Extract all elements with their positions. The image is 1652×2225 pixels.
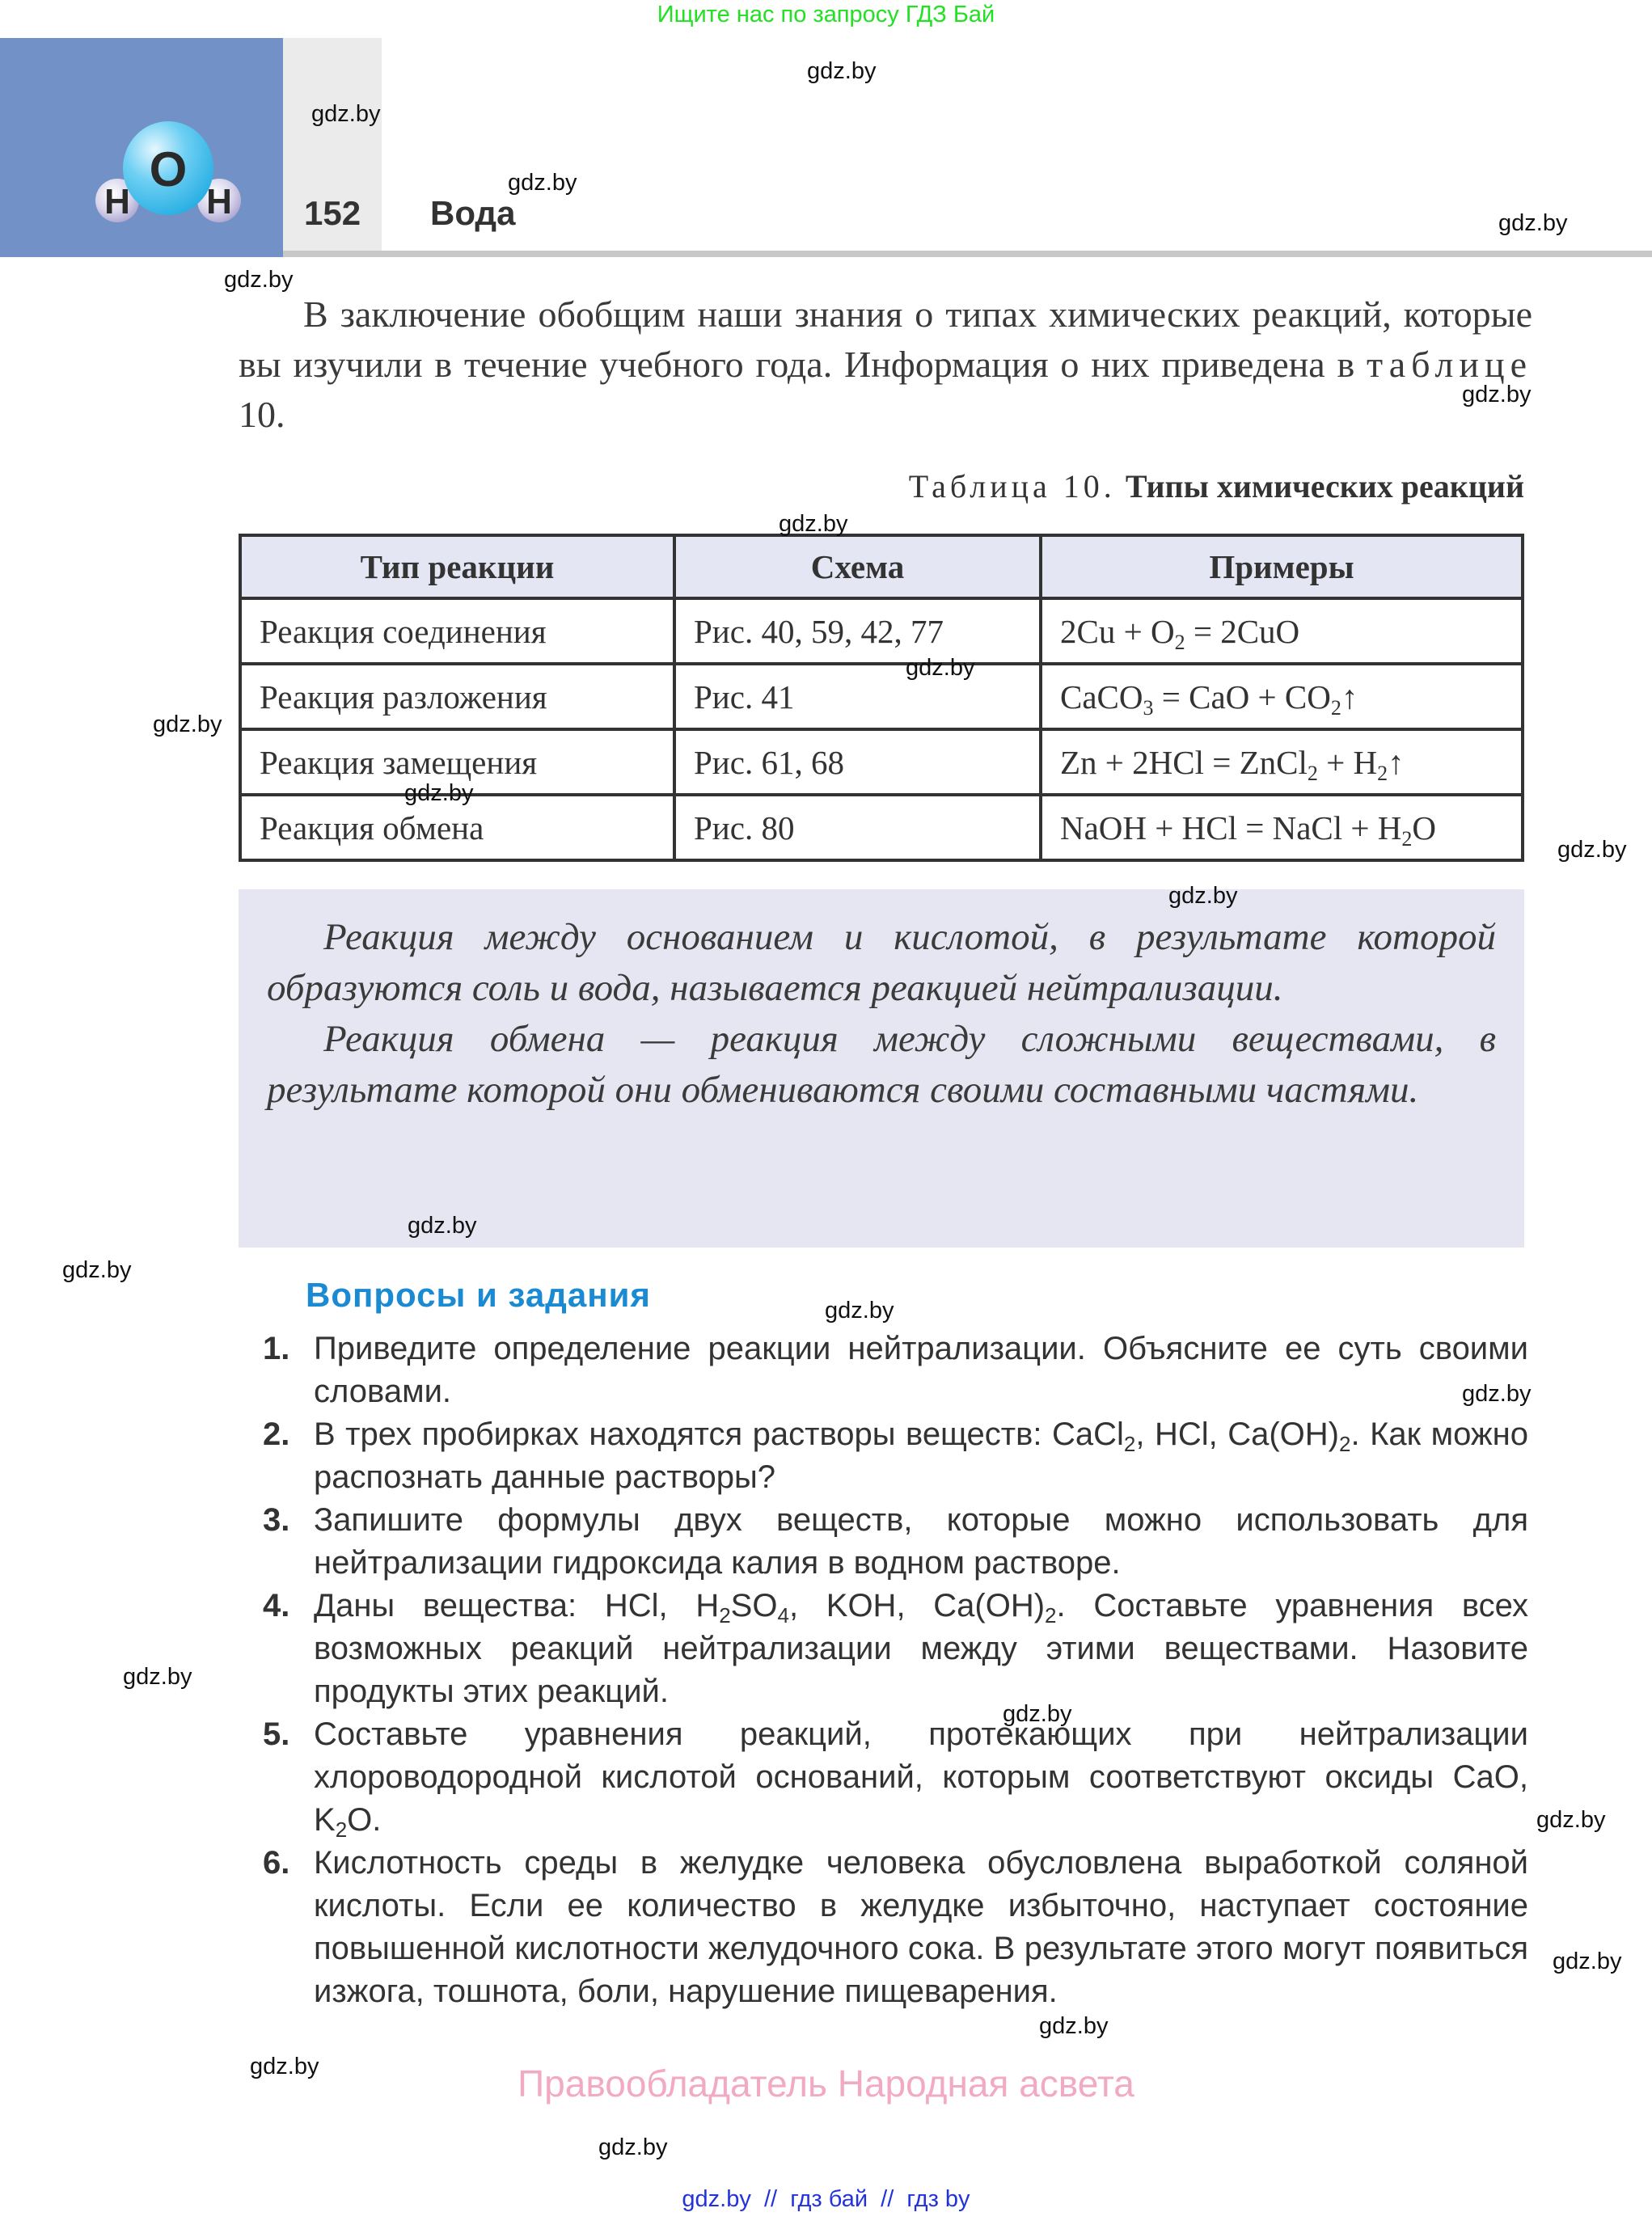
- question-item: 1.Приведите определение реакции нейтрали…: [263, 1328, 1528, 1413]
- column-header-scheme: Схема: [674, 535, 1041, 598]
- table-header-row: Тип реакции Схема Примеры: [240, 535, 1523, 598]
- intro-paragraph: В заключение обобщим наши знания о типах…: [239, 289, 1532, 440]
- copyright-notice: Правообладатель Народная асвета: [0, 2062, 1652, 2105]
- question-number: 5.: [263, 1713, 289, 1756]
- question-text: Кислотность среды в желудке человека обу…: [314, 1845, 1528, 2009]
- questions-list: 1.Приведите определение реакции нейтрали…: [263, 1328, 1528, 2013]
- scheme-cell: Рис. 61, 68: [674, 729, 1041, 795]
- watermark-text: gdz.by: [311, 101, 380, 128]
- question-item: 2.В трех пробирках находятся растворы ве…: [263, 1413, 1528, 1499]
- watermark-text: gdz.by: [1557, 837, 1626, 863]
- definition-text: Реакция между основанием и кислотой, в р…: [267, 912, 1496, 1116]
- intro-tail: 10.: [239, 394, 285, 435]
- intro-emphasis: таблице: [1367, 344, 1532, 385]
- watermark-text: gdz.by: [153, 711, 222, 738]
- page-number: 152: [304, 194, 361, 233]
- question-text: В трех пробирках находятся растворы веще…: [314, 1416, 1528, 1495]
- scheme-cell: Рис. 41: [674, 664, 1041, 729]
- scheme-cell: Рис. 80: [674, 795, 1041, 860]
- question-item: 4.Даны вещества: HCl, H2SO4, KOH, Ca(OH)…: [263, 1585, 1528, 1713]
- svg-text:O: O: [150, 142, 188, 196]
- question-text: Составьте уравнения реакций, протекающих…: [314, 1716, 1528, 1838]
- reaction-type-cell: Реакция соединения: [240, 598, 674, 664]
- watermark-text: gdz.by: [1039, 2013, 1108, 2040]
- scheme-cell: Рис. 40, 59, 42, 77: [674, 598, 1041, 664]
- question-number: 2.: [263, 1413, 289, 1456]
- watermark-text: gdz.by: [1498, 210, 1567, 237]
- table-row: Реакция разложенияРис. 41CaCO3 = CaO + C…: [240, 664, 1523, 729]
- question-number: 3.: [263, 1499, 289, 1542]
- watermark-text: gdz.by: [825, 1298, 894, 1324]
- watermark-text: gdz.by: [408, 1213, 476, 1239]
- question-text: Даны вещества: HCl, H2SO4, KOH, Ca(OH)2.…: [314, 1588, 1528, 1709]
- watermark-text: gdz.by: [598, 2134, 667, 2161]
- watermark-text: gdz.by: [62, 1257, 131, 1284]
- svg-text:H: H: [104, 182, 130, 222]
- header-rule: [283, 251, 1652, 257]
- chapter-title: Вода: [430, 194, 515, 233]
- watermark-text: gdz.by: [1168, 883, 1237, 910]
- watermark-text: gdz.by: [123, 1664, 192, 1691]
- watermark-text: gdz.by: [1003, 1701, 1071, 1728]
- example-equation-cell: Zn + 2HCl = ZnCl2 + H2↑: [1041, 729, 1523, 795]
- table-caption-title: Типы химических реакций: [1126, 468, 1524, 505]
- top-banner: Ищите нас по запросу ГДЗ Бай: [0, 2, 1652, 28]
- watermark-text: gdz.by: [1462, 382, 1531, 408]
- watermark-text: gdz.by: [906, 655, 974, 682]
- watermark-text: gdz.by: [779, 511, 847, 538]
- example-equation-cell: 2Cu + O2 = 2CuO: [1041, 598, 1523, 664]
- example-equation-cell: CaCO3 = CaO + CO2↑: [1041, 664, 1523, 729]
- question-text: Запишите формулы двух веществ, которые м…: [314, 1502, 1528, 1581]
- table-caption-label: Таблица 10.: [909, 468, 1116, 505]
- watermark-text: gdz.by: [404, 780, 473, 807]
- watermark-text: gdz.by: [1536, 1807, 1605, 1834]
- question-number: 4.: [263, 1585, 289, 1628]
- table-caption: Таблица 10.Типы химических реакций: [909, 467, 1524, 505]
- questions-title: Вопросы и задания: [306, 1276, 651, 1315]
- question-text: Приведите определение реакции нейтрализа…: [314, 1331, 1528, 1409]
- question-item: 6.Кислотность среды в желудке человека о…: [263, 1842, 1528, 2013]
- column-header-examples: Примеры: [1041, 535, 1523, 598]
- example-equation-cell: NaOH + HCl = NaCl + H2O: [1041, 795, 1523, 860]
- watermark-text: gdz.by: [224, 267, 293, 293]
- table-row: Реакция соединенияРис. 40, 59, 42, 772Cu…: [240, 598, 1523, 664]
- watermark-text: gdz.by: [1553, 1948, 1621, 1975]
- question-item: 5.Составьте уравнения реакций, протекающ…: [263, 1713, 1528, 1842]
- footer-links[interactable]: gdz.by // гдз бай // гдз by: [0, 2186, 1652, 2213]
- watermark-text: gdz.by: [250, 2054, 319, 2080]
- intro-text: В заключение обобщим наши знания о типах…: [239, 293, 1532, 385]
- question-number: 1.: [263, 1328, 289, 1370]
- water-molecule-icon: O H H: [95, 120, 241, 233]
- question-number: 6.: [263, 1842, 289, 1885]
- definition-exchange: Реакция обмена — реакция между сложными …: [267, 1014, 1496, 1116]
- svg-text:H: H: [206, 182, 232, 222]
- reaction-types-table: Тип реакции Схема Примеры Реакция соедин…: [239, 534, 1524, 862]
- watermark-text: gdz.by: [508, 170, 577, 196]
- definition-neutralization: Реакция между основанием и кислотой, в р…: [267, 912, 1496, 1014]
- watermark-text: gdz.by: [1462, 1381, 1531, 1408]
- column-header-type: Тип реакции: [240, 535, 674, 598]
- reaction-type-cell: Реакция разложения: [240, 664, 674, 729]
- watermark-text: gdz.by: [807, 58, 876, 85]
- question-item: 3.Запишите формулы двух веществ, которые…: [263, 1499, 1528, 1585]
